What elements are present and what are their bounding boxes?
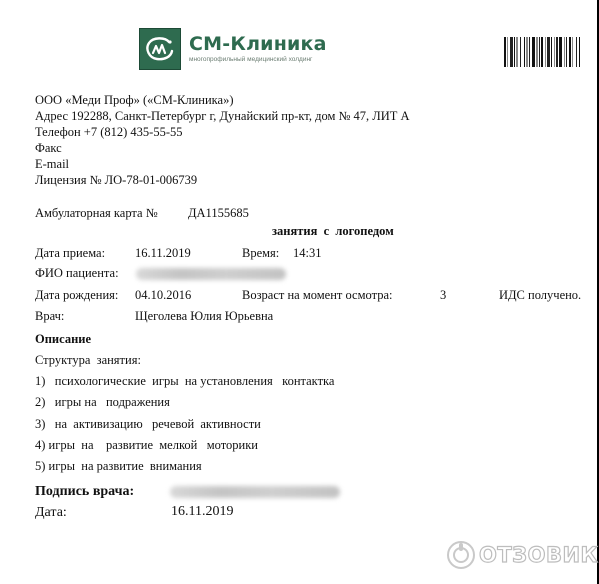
org-address: Адрес 192288, Санкт-Петербург г, Дунайск… <box>35 109 410 124</box>
clinic-name: СМ-Клиника <box>189 34 327 54</box>
clinic-tagline: многопрофильный медицинский холдинг <box>189 55 327 64</box>
clinic-logo-mark-icon <box>139 28 181 70</box>
org-phone: Телефон +7 (812) 435-55-55 <box>35 125 183 140</box>
patient-name-redacted <box>136 268 286 280</box>
card-number: ДА1155685 <box>188 206 249 221</box>
otzovik-watermark: ОТЗОВИК <box>447 541 598 569</box>
doctor-name: Щеголева Юлия Юрьевна <box>135 309 273 324</box>
age-label: Возраст на момент осмотра: <box>242 288 392 303</box>
patient-label: ФИО пациента: <box>35 266 119 281</box>
description-item: 3) на активизацию речевой активности <box>35 417 261 432</box>
description-intro: Структура занятия: <box>35 353 141 368</box>
birth-date-label: Дата рождения: <box>35 288 118 303</box>
signature-label: Подпись врача: <box>35 484 134 499</box>
org-email: E-mail <box>35 157 69 172</box>
time-label: Время: <box>242 246 279 261</box>
org-fax: Факс <box>35 141 62 156</box>
description-item: 4) игры на развитие мелкой моторики <box>35 438 258 453</box>
org-license: Лицензия № ЛО-78-01-006739 <box>35 173 197 188</box>
description-item: 5) игры на развитие внимания <box>35 459 202 474</box>
doctor-label: Врач: <box>35 309 64 324</box>
barcode <box>504 37 596 67</box>
age-value: 3 <box>440 288 446 303</box>
otzovik-power-icon <box>447 541 475 569</box>
time-value: 14:31 <box>293 246 321 261</box>
document-title: занятия с логопедом <box>272 224 394 239</box>
card-label: Амбулаторная карта № <box>35 206 158 221</box>
birth-date: 04.10.2016 <box>135 288 191 303</box>
visit-date-label: Дата приема: <box>35 246 105 261</box>
description-item: 2) игры на подражения <box>35 395 170 410</box>
description-heading: Описание <box>35 332 91 347</box>
description-item: 1) психологические игры на установления … <box>35 374 334 389</box>
signature-redacted <box>170 486 340 498</box>
clinic-logo: СМ-Клиника многопрофильный медицинский х… <box>139 28 327 70</box>
org-name: ООО «Меди Проф» («СМ-Клиника») <box>35 93 233 108</box>
footer-date: 16.11.2019 <box>171 504 233 519</box>
visit-date: 16.11.2019 <box>135 246 191 261</box>
watermark-text: ОТЗОВИК <box>479 543 598 567</box>
footer-date-label: Дата: <box>35 505 67 520</box>
consent-status: ИДС получено. <box>499 288 581 303</box>
